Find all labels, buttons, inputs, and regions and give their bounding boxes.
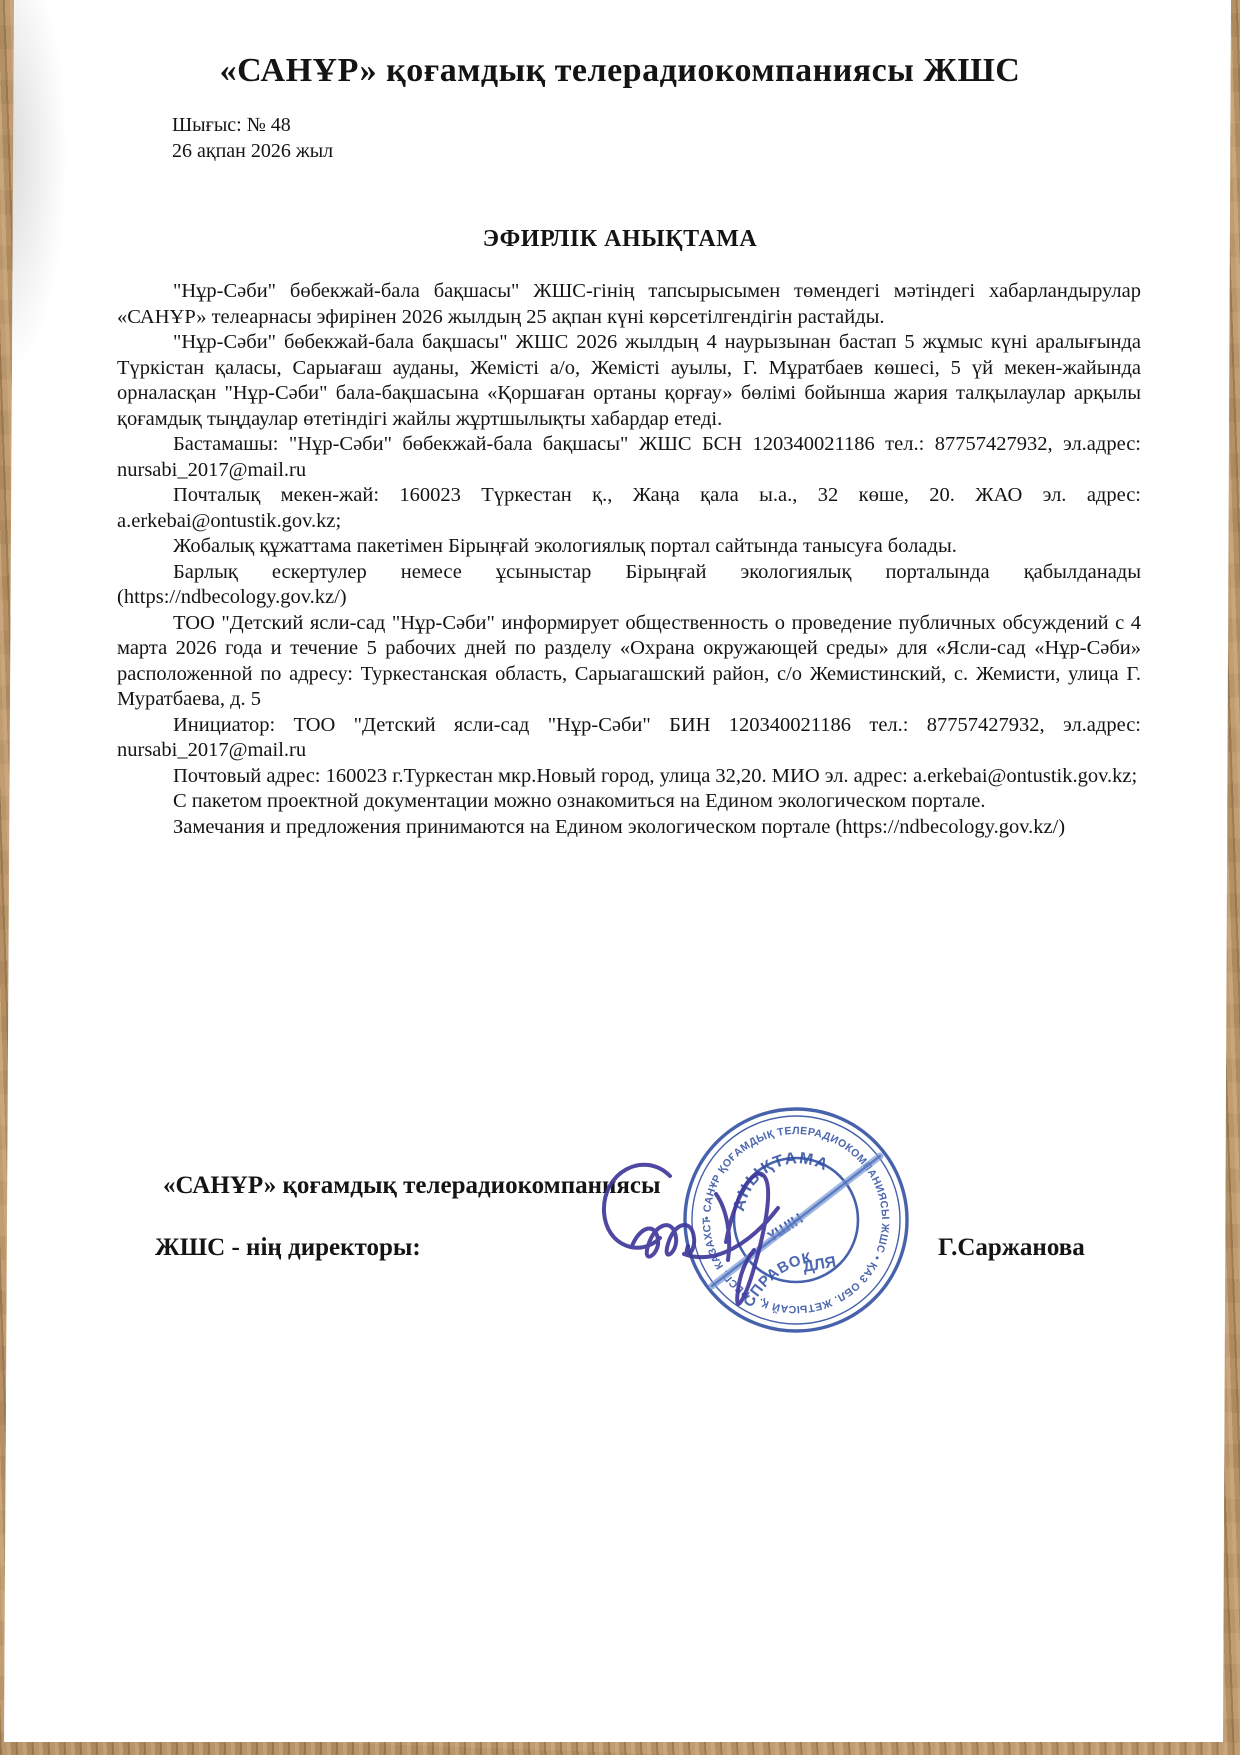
paragraph: "Нұр-Сәби" бөбекжай-бала бақшасы" ЖШС-гі… bbox=[117, 279, 1141, 330]
document-body: "Нұр-Сәби" бөбекжай-бала бақшасы" ЖШС-гі… bbox=[117, 279, 1141, 840]
paragraph: Инициатор: ТОО "Детский ясли-сад "Нұр-Сә… bbox=[117, 713, 1141, 764]
signature-director-name: Г.Саржанова bbox=[938, 1234, 1085, 1262]
signature-icon bbox=[566, 1142, 846, 1382]
document-page: «САНҰР» қоғамдық телерадиокомпаниясы ЖШС… bbox=[0, 0, 1240, 1755]
page-title: «САНҰР» қоғамдық телерадиокомпаниясы ЖШС bbox=[0, 52, 1240, 90]
paragraph: ТОО "Детский ясли-сад "Нұр-Сәби" информи… bbox=[117, 611, 1141, 713]
paragraph: Барлық ескертулер немесе ұсыныстар Бірың… bbox=[117, 560, 1141, 611]
paragraph: С пакетом проектной документации можно о… bbox=[117, 789, 1141, 815]
outgoing-number: Шығыс: № 48 bbox=[172, 112, 1240, 138]
paragraph: Бастамашы: "Нұр-Сәби" бөбекжай-бала бақш… bbox=[117, 432, 1141, 483]
paragraph: "Нұр-Сәби" бөбекжай-бала бақшасы" ЖШС 20… bbox=[117, 330, 1141, 432]
signature-director-line: ЖШС - нің директоры: bbox=[155, 1234, 421, 1262]
paragraph: Почталық мекен-жай: 160023 Түркестан қ.,… bbox=[117, 483, 1141, 534]
handwritten-signature bbox=[566, 1142, 846, 1382]
document-heading: ЭФИРЛІК АНЫҚТАМА bbox=[0, 226, 1240, 253]
document-meta: Шығыс: № 48 26 ақпан 2026 жыл bbox=[172, 112, 1240, 164]
document-date: 26 ақпан 2026 жыл bbox=[172, 138, 1240, 164]
document-sheet: «САНҰР» қоғамдық телерадиокомпаниясы ЖШС… bbox=[0, 0, 1240, 840]
paragraph: Замечания и предложения принимаются на Е… bbox=[117, 815, 1141, 841]
paragraph: Жобалық құжаттама пакетімен Бірыңғай эко… bbox=[117, 534, 1141, 560]
paragraph: Почтовый адрес: 160023 г.Туркестан мкр.Н… bbox=[117, 764, 1141, 790]
